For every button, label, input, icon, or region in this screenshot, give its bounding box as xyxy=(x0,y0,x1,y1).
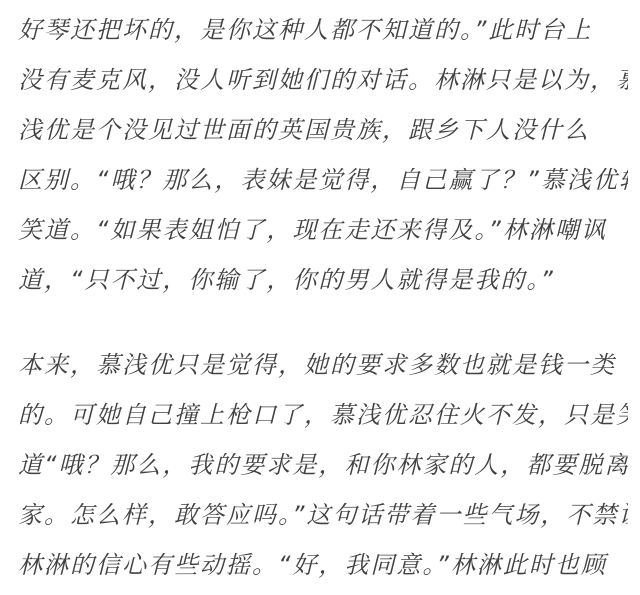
paragraph-2: 本来，慕浅优只是觉得，她的要求多数也就是钱一类 的。可她自己撞上枪口了，慕浅优忍… xyxy=(18,340,628,590)
text-line: 没有麦克风，没人听到她们的对话。林淋只是以为，慕 xyxy=(18,55,628,105)
text-line: 区别。“哦？那么，表妹是觉得，自己赢了？”慕浅优轻 xyxy=(18,155,628,205)
text-line: 好琴还把坏的，是你这种人都不知道的。”此时台上 xyxy=(18,5,628,55)
text-line: 家。怎么样，敢答应吗。”这句话带着一些气场，不禁让 xyxy=(18,490,628,540)
paragraph-1: 好琴还把坏的，是你这种人都不知道的。”此时台上 没有麦克风，没人听到她们的对话。… xyxy=(18,5,628,305)
text-line: 林淋的信心有些动摇。“好，我同意。”林淋此时也顾 xyxy=(18,540,628,590)
text-line: 浅优是个没见过世面的英国贵族，跟乡下人没什么 xyxy=(18,105,628,155)
text-line: 道“哦？那么，我的要求是，和你林家的人，都要脱离夏 xyxy=(18,440,628,490)
text-line: 本来，慕浅优只是觉得，她的要求多数也就是钱一类 xyxy=(18,340,628,390)
novel-page: 好琴还把坏的，是你这种人都不知道的。”此时台上 没有麦克风，没人听到她们的对话。… xyxy=(0,0,640,595)
text-line: 的。可她自己撞上枪口了，慕浅优忍住火不发，只是笑 xyxy=(18,390,628,440)
text-line: 道，“只不过，你输了，你的男人就得是我的。” xyxy=(18,255,628,305)
text-line: 笑道。“如果表姐怕了，现在走还来得及。”林淋嘲讽 xyxy=(18,205,628,255)
